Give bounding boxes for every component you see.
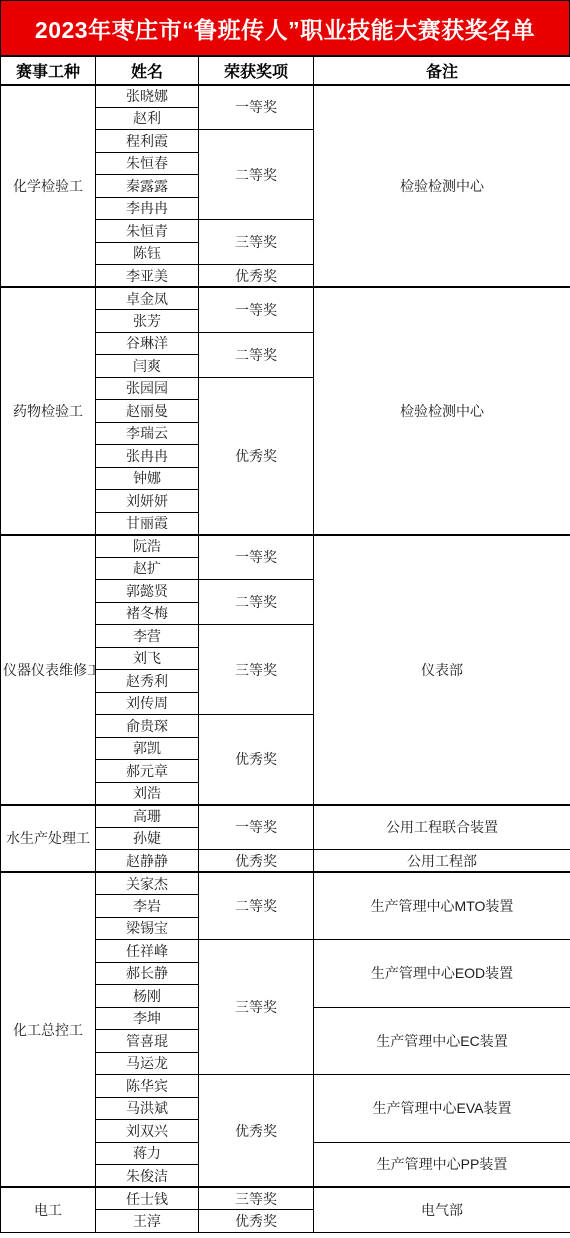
award-cell: 三等奖 (199, 625, 314, 715)
name-cell: 褚冬梅 (96, 602, 199, 625)
name-cell: 李营 (96, 625, 199, 648)
award-cell: 三等奖 (199, 220, 314, 265)
name-cell: 刘传周 (96, 692, 199, 715)
name-cell: 朱恒春 (96, 152, 199, 175)
name-cell: 郭懿贤 (96, 580, 199, 603)
trade-cell: 水生产处理工 (1, 805, 96, 873)
name-cell: 朱恒青 (96, 220, 199, 243)
remark-cell: 电气部 (314, 1187, 570, 1232)
remark-cell: 仪表部 (314, 535, 570, 805)
name-cell: 张芳 (96, 310, 199, 333)
name-cell: 马洪斌 (96, 1097, 199, 1120)
remark-cell: 生产管理中心PP装置 (314, 1142, 570, 1187)
name-cell: 赵扩 (96, 557, 199, 580)
trade-cell: 药物检验工 (1, 287, 96, 535)
name-cell: 李瑞云 (96, 422, 199, 445)
award-cell: 一等奖 (199, 535, 314, 580)
name-cell: 梁锡宝 (96, 917, 199, 940)
header-row: 赛事工种 姓名 荣获奖项 备注 (1, 57, 570, 85)
name-cell: 赵丽曼 (96, 400, 199, 423)
name-cell: 刘双兴 (96, 1120, 199, 1143)
name-cell: 任士钱 (96, 1187, 199, 1210)
name-cell: 阮浩 (96, 535, 199, 558)
name-cell: 王淳 (96, 1210, 199, 1233)
name-cell: 任祥峰 (96, 940, 199, 963)
remark-cell: 生产管理中心EOD装置 (314, 940, 570, 1008)
trade-cell: 电工 (1, 1187, 96, 1232)
name-cell: 李亚美 (96, 265, 199, 288)
award-cell: 二等奖 (199, 130, 314, 220)
name-cell: 陈钰 (96, 242, 199, 265)
table-row: 水生产处理工高珊一等奖公用工程联合装置 (1, 805, 570, 828)
remark-cell: 检验检测中心 (314, 287, 570, 535)
award-cell: 优秀奖 (199, 1075, 314, 1188)
award-cell: 一等奖 (199, 287, 314, 332)
remark-cell: 公用工程联合装置 (314, 805, 570, 850)
name-cell: 张晓娜 (96, 85, 199, 108)
remark-cell: 公用工程部 (314, 850, 570, 873)
name-cell: 赵秀利 (96, 670, 199, 693)
name-cell: 闫爽 (96, 355, 199, 378)
name-cell: 郝元章 (96, 760, 199, 783)
name-cell: 马运龙 (96, 1052, 199, 1075)
name-cell: 钟娜 (96, 467, 199, 490)
table-row: 仪器仪表维修工阮浩一等奖仪表部 (1, 535, 570, 558)
name-cell: 卓金凤 (96, 287, 199, 310)
name-cell: 郭凯 (96, 737, 199, 760)
name-cell: 郝长静 (96, 962, 199, 985)
award-cell: 二等奖 (199, 580, 314, 625)
remark-cell: 生产管理中心EC装置 (314, 1007, 570, 1075)
name-cell: 程利霞 (96, 130, 199, 153)
award-cell: 优秀奖 (199, 1210, 314, 1233)
name-cell: 秦露露 (96, 175, 199, 198)
table-row: 化工总控工关家杰二等奖生产管理中心MTO装置 (1, 872, 570, 895)
name-cell: 关家杰 (96, 872, 199, 895)
name-cell: 刘浩 (96, 782, 199, 805)
table-row: 电工任士钱三等奖电气部 (1, 1187, 570, 1210)
table-row: 化学检验工张晓娜一等奖检验检测中心 (1, 85, 570, 108)
award-cell: 三等奖 (199, 940, 314, 1075)
award-table: 赛事工种 姓名 荣获奖项 备注 化学检验工张晓娜一等奖检验检测中心赵利程利霞二等… (0, 56, 570, 1233)
name-cell: 孙婕 (96, 827, 199, 850)
name-cell: 赵利 (96, 107, 199, 130)
award-cell: 二等奖 (199, 332, 314, 377)
name-cell: 管喜琨 (96, 1030, 199, 1053)
name-cell: 张园园 (96, 377, 199, 400)
award-cell: 优秀奖 (199, 265, 314, 288)
trade-cell: 化学检验工 (1, 85, 96, 288)
name-cell: 李坤 (96, 1007, 199, 1030)
name-cell: 李岩 (96, 895, 199, 918)
name-cell: 刘妍妍 (96, 490, 199, 513)
name-cell: 蒋力 (96, 1142, 199, 1165)
name-cell: 赵静静 (96, 850, 199, 873)
name-cell: 谷琳洋 (96, 332, 199, 355)
name-cell: 李冉冉 (96, 197, 199, 220)
column-header-name: 姓名 (96, 57, 199, 85)
name-cell: 朱俊洁 (96, 1165, 199, 1188)
award-cell: 优秀奖 (199, 850, 314, 873)
award-cell: 优秀奖 (199, 377, 314, 535)
remark-cell: 生产管理中心MTO装置 (314, 872, 570, 940)
table-row: 药物检验工卓金凤一等奖检验检测中心 (1, 287, 570, 310)
award-cell: 一等奖 (199, 85, 314, 130)
remark-cell: 生产管理中心EVA装置 (314, 1075, 570, 1143)
name-cell: 陈华宾 (96, 1075, 199, 1098)
name-cell: 刘飞 (96, 647, 199, 670)
award-cell: 一等奖 (199, 805, 314, 850)
award-list-page: 2023年枣庄市“鲁班传人”职业技能大赛获奖名单 赛事工种 姓名 荣获奖项 备注… (0, 0, 570, 1238)
award-cell: 三等奖 (199, 1187, 314, 1210)
page-title: 2023年枣庄市“鲁班传人”职业技能大赛获奖名单 (0, 0, 570, 56)
column-header-trade: 赛事工种 (1, 57, 96, 85)
trade-cell: 化工总控工 (1, 872, 96, 1187)
column-header-remark: 备注 (314, 57, 570, 85)
award-cell: 二等奖 (199, 872, 314, 940)
name-cell: 甘丽霞 (96, 512, 199, 535)
name-cell: 俞贵琛 (96, 715, 199, 738)
award-cell: 优秀奖 (199, 715, 314, 805)
award-table-body: 化学检验工张晓娜一等奖检验检测中心赵利程利霞二等奖朱恒春秦露露李冉冉朱恒青三等奖… (1, 85, 570, 1233)
trade-cell: 仪器仪表维修工 (1, 535, 96, 805)
name-cell: 张冉冉 (96, 445, 199, 468)
remark-cell: 检验检测中心 (314, 85, 570, 288)
name-cell: 杨刚 (96, 985, 199, 1008)
column-header-award: 荣获奖项 (199, 57, 314, 85)
name-cell: 高珊 (96, 805, 199, 828)
